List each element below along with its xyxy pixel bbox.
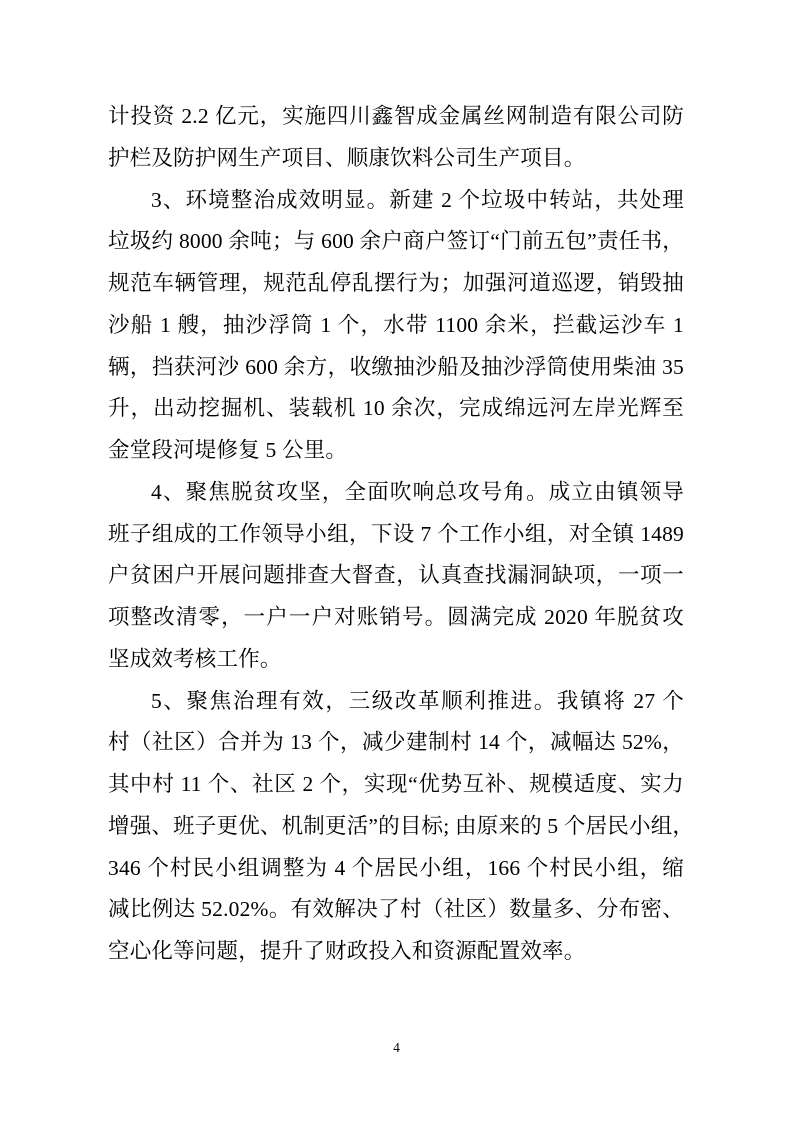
page-number: 4 — [0, 1039, 793, 1057]
text-line: 其中村 11 个、社区 2 个，实现“优势互补、规模适度、实力 — [108, 764, 684, 806]
text-line: 户贫困户开展问题排查大督查，认真查找漏洞缺项，一项一 — [108, 555, 684, 597]
text-line: 4、聚焦脱贫攻坚，全面吹响总攻号角。成立由镇领导 — [108, 472, 684, 514]
text-line: 项整改清零，一户一户对账销号。圆满完成 2020 年脱贫攻 — [108, 597, 684, 639]
text-line: 护栏及防护网生产项目、顺康饮料公司生产项目。 — [108, 138, 684, 180]
text-line: 减比例达 52.02%。有效解决了村（社区）数量多、分布密、 — [108, 889, 684, 931]
text-line: 坚成效考核工作。 — [108, 639, 684, 681]
text-line: 班子组成的工作领导小组，下设 7 个工作小组，对全镇 1489 — [108, 514, 684, 556]
text-block: 计投资 2.2 亿元，实施四川鑫智成金属丝网制造有限公司防护栏及防护网生产项目、… — [108, 96, 684, 973]
text-line: 辆，挡获河沙 600 余方，收缴抽沙船及抽沙浮筒使用柴油 35 — [108, 347, 684, 389]
document-page: 计投资 2.2 亿元，实施四川鑫智成金属丝网制造有限公司防护栏及防护网生产项目、… — [0, 0, 793, 1122]
text-line: 村（社区）合并为 13 个，减少建制村 14 个，减幅达 52%， — [108, 722, 684, 764]
text-line: 垃圾约 8000 余吨；与 600 余户商户签订“门前五包”责任书， — [108, 221, 684, 263]
text-line: 346 个村民小组调整为 4 个居民小组，166 个村民小组，缩 — [108, 848, 684, 890]
text-line: 空心化等问题，提升了财政投入和资源配置效率。 — [108, 931, 684, 973]
text-line: 增强、班子更优、机制更活”的目标; 由原来的 5 个居民小组， — [108, 806, 684, 848]
text-line: 升，出动挖掘机、装载机 10 余次，完成绵远河左岸光辉至 — [108, 388, 684, 430]
text-line: 计投资 2.2 亿元，实施四川鑫智成金属丝网制造有限公司防 — [108, 96, 684, 138]
text-line: 沙船 1 艘，抽沙浮筒 1 个，水带 1100 余米，拦截运沙车 1 — [108, 305, 684, 347]
text-line: 规范车辆管理，规范乱停乱摆行为；加强河道巡逻，销毁抽 — [108, 263, 684, 305]
text-line: 3、环境整治成效明显。新建 2 个垃圾中转站，共处理 — [108, 180, 684, 222]
text-line: 金堂段河堤修复 5 公里。 — [108, 430, 684, 472]
text-line: 5、聚焦治理有效，三级改革顺利推进。我镇将 27 个 — [108, 681, 684, 723]
